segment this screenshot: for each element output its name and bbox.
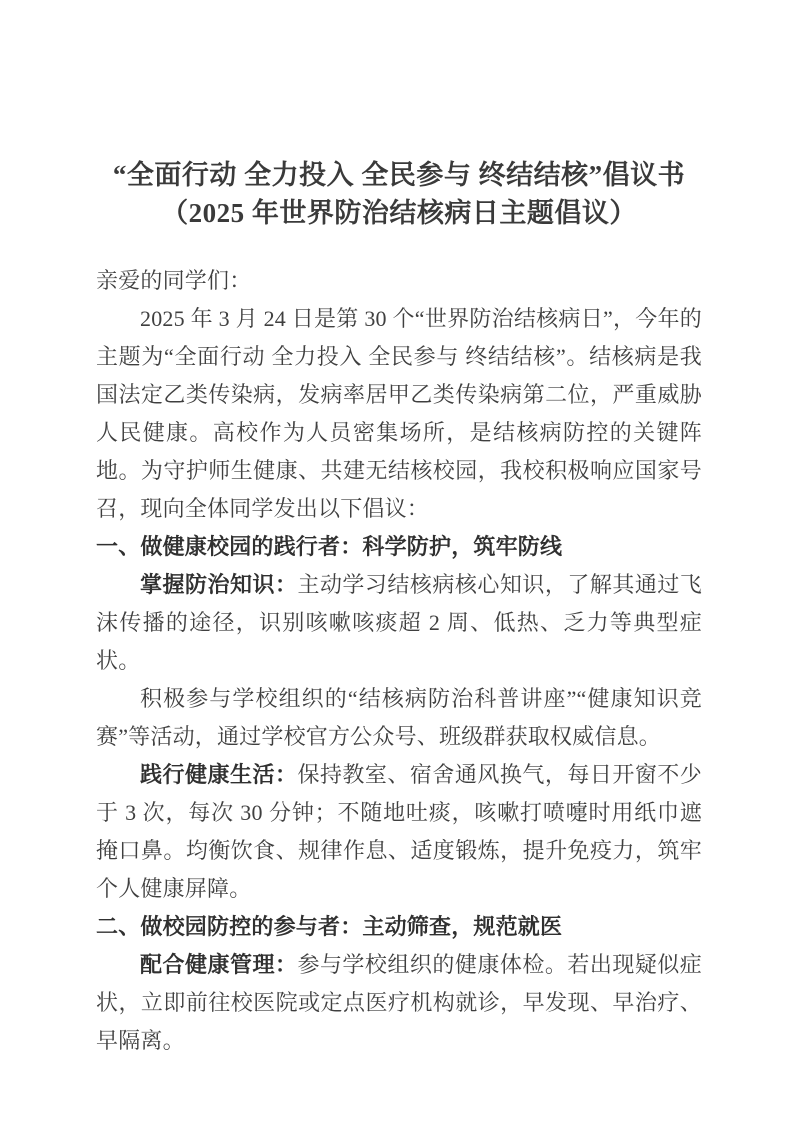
paragraph-activities: 积极参与学校组织的“结核病防治科普讲座”“健康知识竞赛”等活动，通过学校官方公众… (96, 680, 702, 756)
title-line-1: “全面行动 全力投入 全民参与 终结结核”倡议书 (96, 156, 702, 194)
paragraph-lead-health-management: 配合健康管理： (140, 952, 297, 977)
paragraph-knowledge: 掌握防治知识：主动学习结核病核心知识，了解其通过飞沫传播的途径，识别咳嗽咳痰超 … (96, 566, 702, 680)
paragraph-health-management: 配合健康管理：参与学校组织的健康体检。若出现疑似症状，立即前往校医院或定点医疗机… (96, 946, 702, 1060)
salutation: 亲爱的同学们： (96, 262, 702, 300)
document-content: “全面行动 全力投入 全民参与 终结结核”倡议书 （2025 年世界防治结核病日… (96, 156, 702, 1060)
paragraph-intro: 2025 年 3 月 24 日是第 30 个“世界防治结核病日”，今年的主题为“… (96, 300, 702, 528)
paragraph-lead-knowledge: 掌握防治知识： (140, 572, 297, 597)
title-line-2: （2025 年世界防治结核病日主题倡议） (96, 194, 702, 232)
section-heading-2: 二、做校园防控的参与者：主动筛查，规范就医 (96, 908, 702, 946)
document-title: “全面行动 全力投入 全民参与 终结结核”倡议书 （2025 年世界防治结核病日… (96, 156, 702, 232)
document-page: “全面行动 全力投入 全民参与 终结结核”倡议书 （2025 年世界防治结核病日… (0, 0, 793, 1122)
section-heading-1: 一、做健康校园的践行者：科学防护，筑牢防线 (96, 528, 702, 566)
paragraph-lead-healthy-life: 践行健康生活： (140, 762, 297, 787)
paragraph-healthy-life: 践行健康生活：保持教室、宿舍通风换气，每日开窗不少于 3 次，每次 30 分钟；… (96, 756, 702, 908)
